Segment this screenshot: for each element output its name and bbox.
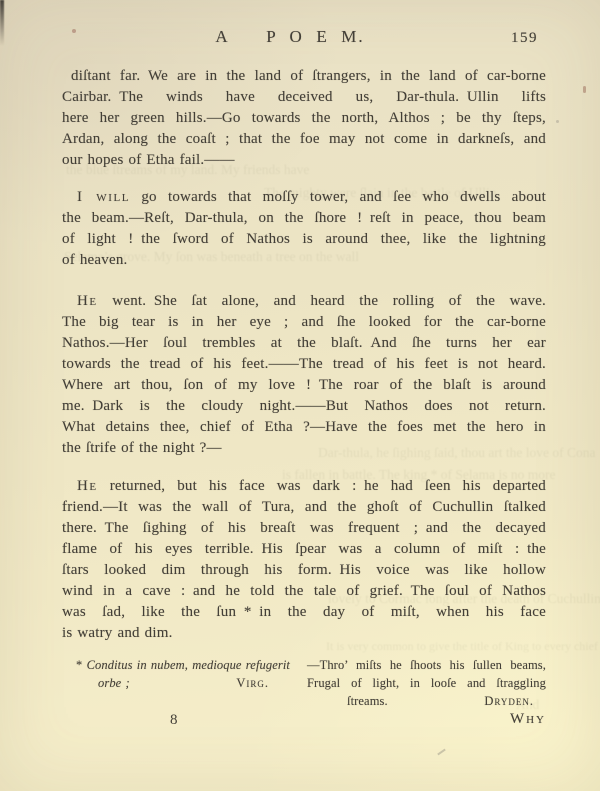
paragraph-lead: I will <box>77 189 130 205</box>
text-line: He returned, but his face was dark : he … <box>62 476 546 497</box>
text-line: ſtars looked dim through his form. His v… <box>62 560 546 581</box>
text-line: I will go towards that moſſy tower, and … <box>62 187 546 208</box>
footnote-english-text: ſtreams. <box>347 692 388 710</box>
text-line: here her green hills.—Go towards the nor… <box>62 108 546 129</box>
text-line-rest: went. She ſat alone, and heard the rolli… <box>98 293 546 309</box>
text-line: flame of his eyes terrible. His ſpear wa… <box>62 539 546 560</box>
paragraph-1: diſtant far. We are in the land of ſtran… <box>62 66 546 171</box>
paragraph-lead: He <box>77 293 98 309</box>
text-line: me. Dark is the cloudy night.——But Natho… <box>62 396 546 417</box>
text-line: What detains thee, chief of Etha ?—Have … <box>62 417 546 438</box>
text-line: orbe ;Virg. <box>76 674 299 692</box>
text-line: Nathos.—Her ſoul trembles at the blaſt. … <box>62 333 546 354</box>
text-line: the ſtrife of the night ?— <box>62 438 546 459</box>
text-line: wind in a cave : and he told the tale of… <box>62 581 546 602</box>
paragraph-2: I will go towards that moſſy tower, and … <box>62 187 546 271</box>
text-line: of heaven. <box>62 250 546 271</box>
text-line: The big tear is in her eye ; and ſhe loo… <box>62 312 546 333</box>
footnote-latin-text: orbe ; <box>98 674 130 692</box>
paragraph-3: He went. She ſat alone, and heard the ro… <box>62 291 546 459</box>
footnote-attribution-dryden: Dryden. <box>484 692 534 710</box>
text-line-rest: go towards that moſſy tower, and ſee who… <box>130 189 546 205</box>
footnote-latin-text: Conditus in nubem, medioque refugerit <box>87 658 290 672</box>
text-line: Where art thou, ſon of my love ! The roa… <box>62 375 546 396</box>
footnote-marker: * <box>76 658 82 672</box>
footnote: * Conditus in nubem, medioque refugerit … <box>62 656 546 710</box>
text-line: ſtreams.Dryden. <box>307 692 546 710</box>
paper-speck <box>583 86 586 93</box>
text-line: of light ! the ſword of Nathos is around… <box>62 229 546 250</box>
book-page-scan: the blue ſtreams of my land. My friends … <box>0 0 600 791</box>
text-line: the beam.—Reſt, Dar-thula, on the ſhore … <box>62 208 546 229</box>
footnote-latin-column: * Conditus in nubem, medioque refugerit … <box>62 656 299 710</box>
text-line: Cairbar. The winds have deceived us, Dar… <box>62 87 546 108</box>
text-block: diſtant far. We are in the land of ſtran… <box>62 66 546 710</box>
text-line: is watry and dim. <box>62 623 546 644</box>
text-line: friend.—It was the wall of Tura, and the… <box>62 497 546 518</box>
text-line-rest: diſtant far. We are in the land of ſtran… <box>71 68 546 84</box>
paper-speck <box>437 749 446 756</box>
text-line: was ſad, like the ſun * in the day of mi… <box>62 602 546 623</box>
footnote-attribution-virgil: Virg. <box>236 674 269 692</box>
text-line: our hopes of Etha fail.—— <box>62 150 546 171</box>
text-line: * Conditus in nubem, medioque refugerit <box>76 656 299 674</box>
text-line: He went. She ſat alone, and heard the ro… <box>62 291 546 312</box>
paragraph-lead: He <box>77 478 98 494</box>
catchword: Why <box>62 711 546 728</box>
text-line: Ardan, along the coaſt ; that the foe ma… <box>62 129 546 150</box>
text-line: diſtant far. We are in the land of ſtran… <box>62 66 546 87</box>
paper-speck <box>556 120 559 123</box>
text-line: Frugal of light, in looſe and ſtraggling <box>307 674 546 692</box>
page-number: 159 <box>511 30 538 47</box>
text-line: towards the tread of his feet.——The trea… <box>62 354 546 375</box>
text-line-rest: returned, but his face was dark : he had… <box>98 478 546 494</box>
footnote-english-column: —Thro’ miſts he ſhoots his ſullen beams,… <box>299 656 546 710</box>
text-line: —Thro’ miſts he ſhoots his ſullen beams, <box>307 656 546 674</box>
text-line: there. The ſighing of his breaſt was fre… <box>62 518 546 539</box>
running-title: A P O E M. <box>0 27 590 47</box>
paragraph-4: He returned, but his face was dark : he … <box>62 476 546 644</box>
